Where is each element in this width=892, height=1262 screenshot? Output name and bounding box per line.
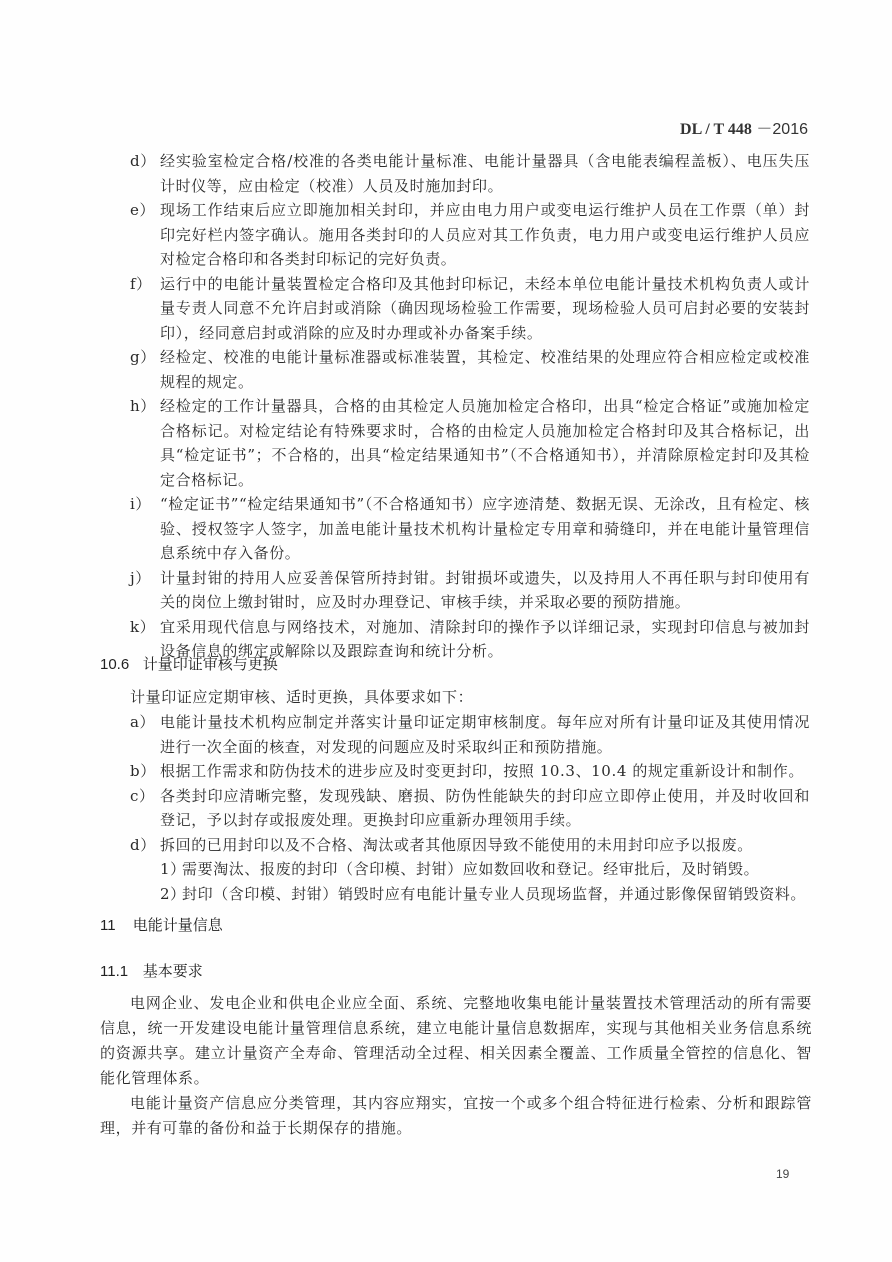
list-text: “检定证书”“检定结果通知书”（不合格通知书）应字迹清楚、数据无误、无涂改，且有… bbox=[160, 492, 810, 566]
list-label: i） bbox=[130, 492, 160, 517]
section-intro: 计量印证应定期审核、适时更换，具体要求如下： bbox=[130, 686, 473, 707]
list-top: d） 经实验室检定合格/校准的各类电能计量标准、电能计量器具（含电能表编程盖板）… bbox=[0, 149, 892, 664]
sublist-item-2: 2）封印（含印模、封钳）销毁时应有电能计量专业人员现场监督，并通过影像保留销毁资… bbox=[160, 882, 820, 907]
list-text: 现场工作结束后应立即施加相关封印，并应由电力用户或变电运行维护人员在工作票（单）… bbox=[160, 198, 810, 272]
section-number: 11 bbox=[100, 917, 128, 934]
paragraph-1: 电网企业、发电企业和供电企业应全面、系统、完整地收集电能计量装置技术管理活动的所… bbox=[100, 991, 812, 1091]
paragraph-2: 电能计量资产信息应分类管理，其内容应翔实，宜按一个或多个组合特征进行检索、分析和… bbox=[100, 1091, 812, 1141]
list-label: d） bbox=[130, 833, 160, 858]
list-text: 拆回的已用封印以及不合格、淘汰或者其他原因导致不能使用的未用封印应予以报废。 bbox=[160, 833, 810, 858]
sublist-label: 2） bbox=[160, 882, 182, 907]
list-label: c） bbox=[130, 784, 160, 809]
list-item-d: d） 拆回的已用封印以及不合格、淘汰或者其他原因导致不能使用的未用封印应予以报废… bbox=[130, 833, 810, 858]
list-label: h） bbox=[130, 394, 160, 419]
list-item-h: h） 经检定的工作计量器具，合格的由其检定人员施加检定合格印，出具“检定合格证”… bbox=[130, 394, 810, 492]
list-item-c: c） 各类封印应清晰完整，发现残缺、磨损、防伪性能缺失的封印应立即停止使用，并及… bbox=[130, 784, 810, 833]
list-label: d） bbox=[130, 149, 160, 174]
list-label: j） bbox=[130, 566, 160, 591]
section-heading-11: 11 电能计量信息 bbox=[100, 914, 223, 935]
list-label: k） bbox=[130, 615, 160, 640]
section-title: 计量印证审核与更换 bbox=[143, 655, 278, 673]
list-text: 经实验室检定合格/校准的各类电能计量标准、电能计量器具（含电能表编程盖板）、电压… bbox=[160, 149, 810, 198]
standard-header: DL / T 448 －2016 bbox=[680, 116, 808, 139]
sublist-label: 1） bbox=[160, 857, 182, 882]
list-text: 运行中的电能计量装置检定合格印及其他封印标记，未经本单位电能计量技术机构负责人或… bbox=[160, 272, 810, 346]
list-text: 计量封钳的持用人应妥善保管所持封钳。封钳损坏或遗失，以及持用人不再任职与封印使用… bbox=[160, 566, 810, 615]
list-text: 电能计量技术机构应制定并落实计量印证定期审核制度。每年应对所有计量印证及其使用情… bbox=[160, 710, 810, 759]
list-item-g: g） 经检定、校准的电能计量标准器或标准装置，其检定、校准结果的处理应符合相应检… bbox=[130, 345, 810, 394]
sublist-text: 需要淘汰、报废的封印（含印模、封钳）应如数回收和登记。经审批后，及时销毁。 bbox=[182, 860, 759, 878]
section-number: 11.1 bbox=[100, 963, 138, 980]
list-text: 经检定、校准的电能计量标准器或标准装置，其检定、校准结果的处理应符合相应检定或校… bbox=[160, 345, 810, 394]
section-heading-11-1: 11.1 基本要求 bbox=[100, 960, 203, 981]
section-title: 基本要求 bbox=[143, 962, 203, 980]
list-item-b: b） 根据工作需求和防伪技术的进步应及时变更封印，按照 10.3、10.4 的规… bbox=[130, 759, 810, 784]
list-text: 根据工作需求和防伪技术的进步应及时变更封印，按照 10.3、10.4 的规定重新… bbox=[160, 759, 810, 784]
document-page: DL / T 448 －2016 d） 经实验室检定合格/校准的各类电能计量标准… bbox=[0, 0, 892, 1262]
list-item-i: i） “检定证书”“检定结果通知书”（不合格通知书）应字迹清楚、数据无误、无涂改… bbox=[130, 492, 810, 566]
list-text: 经检定的工作计量器具，合格的由其检定人员施加检定合格印，出具“检定合格证”或施加… bbox=[160, 394, 810, 492]
list-label: b） bbox=[130, 759, 160, 784]
list-item-a: a） 电能计量技术机构应制定并落实计量印证定期审核制度。每年应对所有计量印证及其… bbox=[130, 710, 810, 759]
list-label: g） bbox=[130, 345, 160, 370]
list-item-d: d） 经实验室检定合格/校准的各类电能计量标准、电能计量器具（含电能表编程盖板）… bbox=[130, 149, 810, 198]
section-title: 电能计量信息 bbox=[133, 916, 223, 934]
section-heading-10-6: 10.6 计量印证审核与更换 bbox=[100, 653, 278, 674]
list-item-f: f） 运行中的电能计量装置检定合格印及其他封印标记，未经本单位电能计量技术机构负… bbox=[130, 272, 810, 346]
list-text: 各类封印应清晰完整，发现残缺、磨损、防伪性能缺失的封印应立即停止使用，并及时收回… bbox=[160, 784, 810, 833]
list-10-6: a） 电能计量技术机构应制定并落实计量印证定期审核制度。每年应对所有计量印证及其… bbox=[0, 710, 892, 906]
list-label: f） bbox=[130, 272, 160, 297]
sublist-text: 封印（含印模、封钳）销毁时应有电能计量专业人员现场监督，并通过影像保留销毁资料。 bbox=[182, 885, 806, 903]
standard-code: DL / T 448 bbox=[680, 121, 752, 138]
page-number: 19 bbox=[776, 1167, 789, 1181]
standard-year: －2016 bbox=[756, 121, 808, 138]
sublist-item-1: 1）需要淘汰、报废的封印（含印模、封钳）应如数回收和登记。经审批后，及时销毁。 bbox=[160, 857, 820, 882]
list-label: a） bbox=[130, 710, 160, 735]
list-item-j: j） 计量封钳的持用人应妥善保管所持封钳。封钳损坏或遗失，以及持用人不再任职与封… bbox=[130, 566, 810, 615]
list-item-e: e） 现场工作结束后应立即施加相关封印，并应由电力用户或变电运行维护人员在工作票… bbox=[130, 198, 810, 272]
section-number: 10.6 bbox=[100, 656, 138, 673]
list-label: e） bbox=[130, 198, 160, 223]
